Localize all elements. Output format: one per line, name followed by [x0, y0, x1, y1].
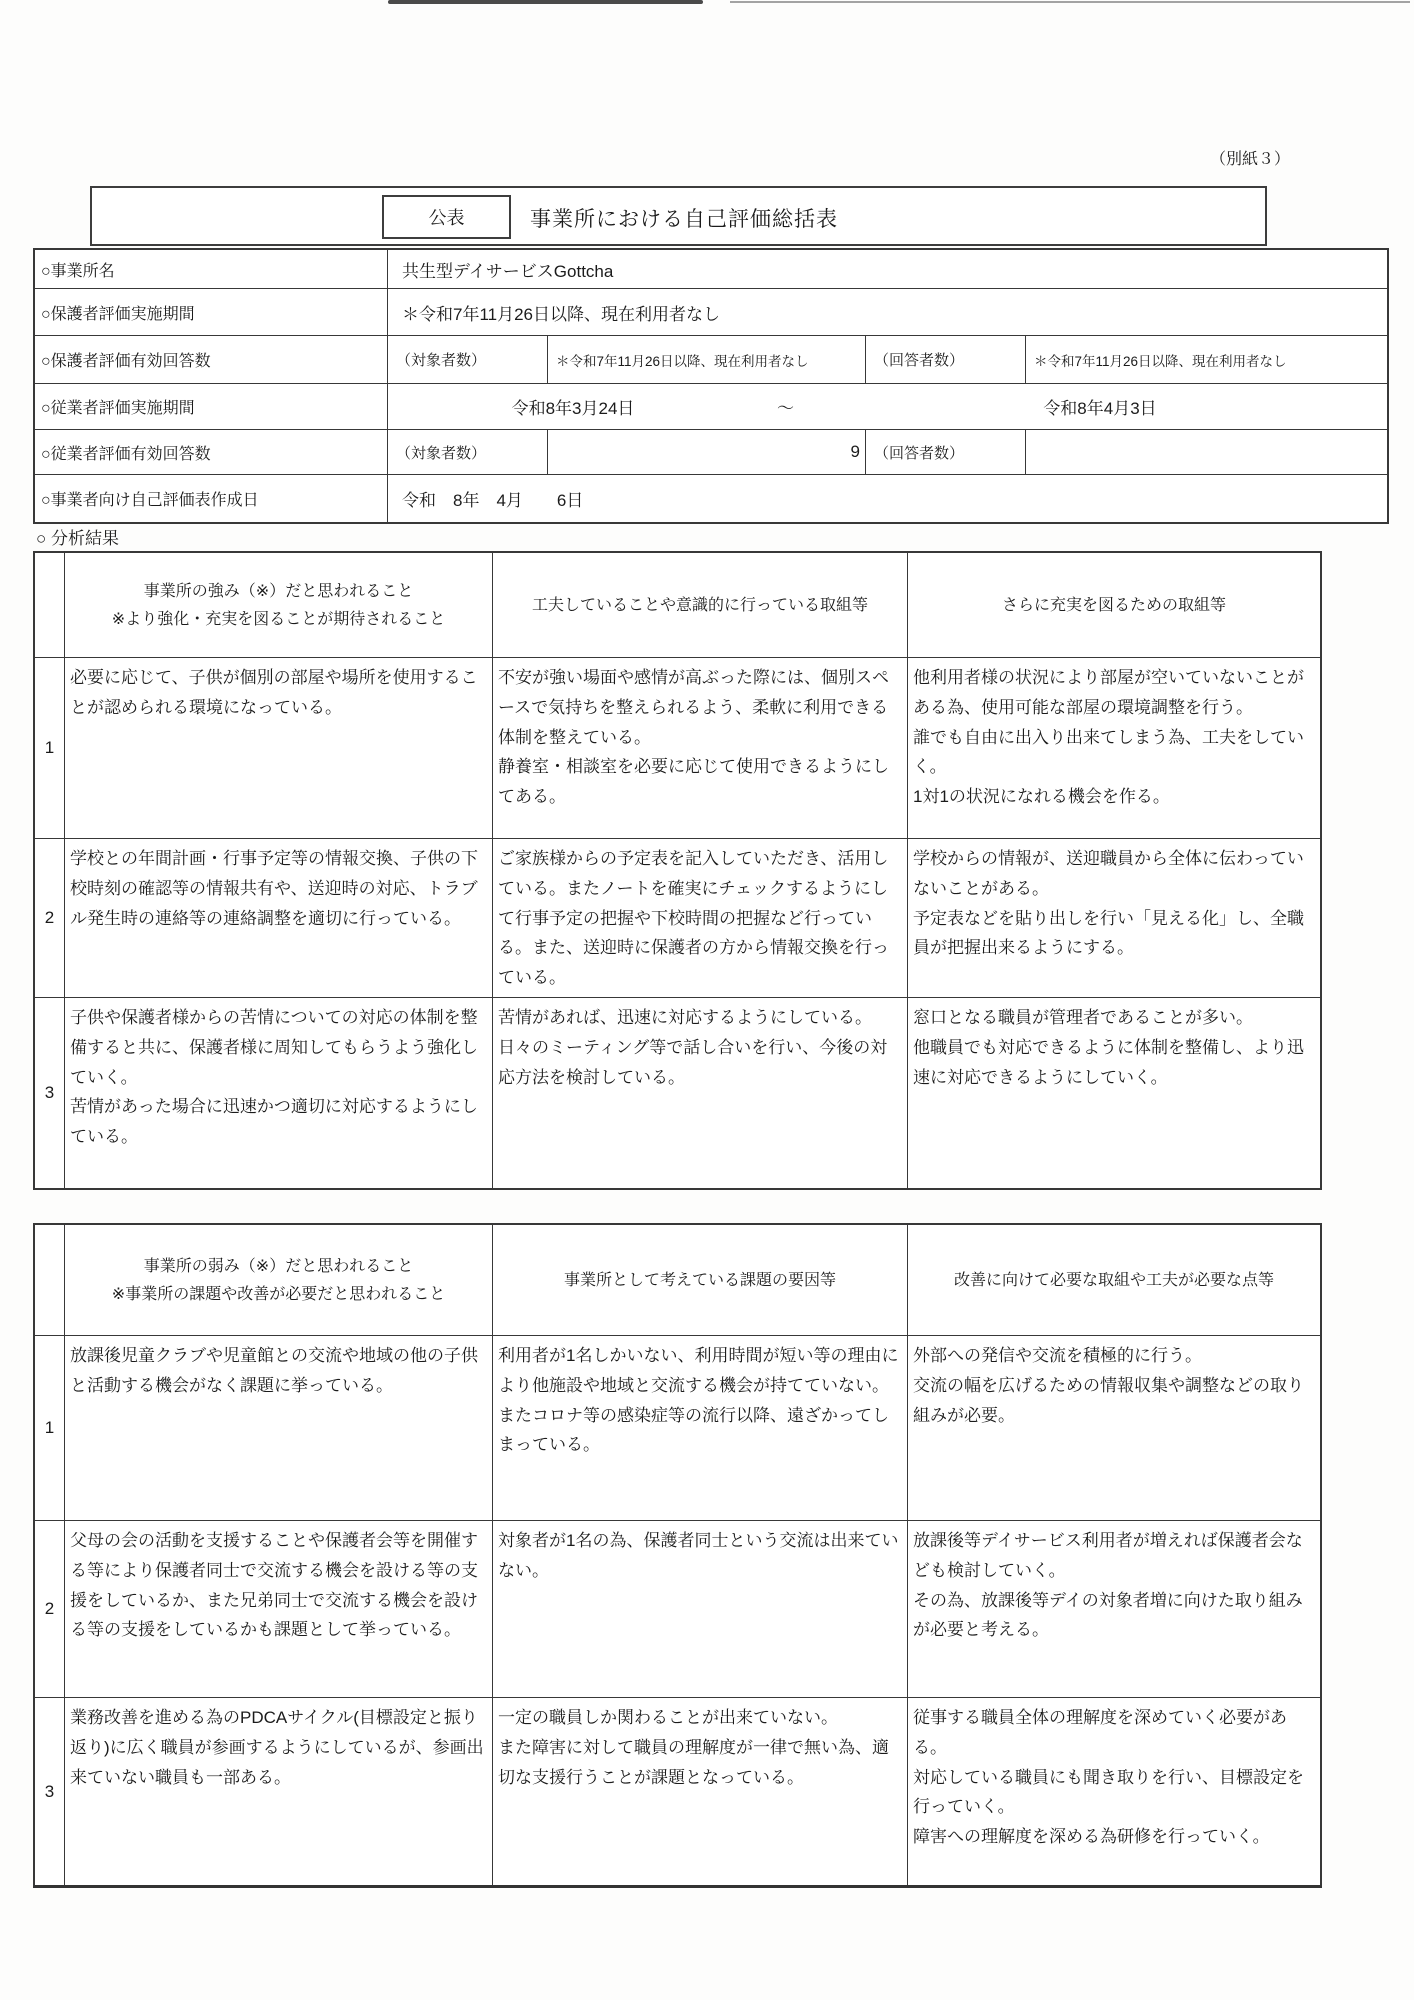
info-row-staff-eval-period: ○従業者評価実施期間 令和8年3月24日 ～ 令和8年4月3日	[35, 383, 1387, 429]
weaknesses-header-col2: 事業所として考えている課題の要因等	[492, 1225, 907, 1335]
improvement-text: 窓口となる職員が管理者であることが多い。 他職員でも対応できるように体制を整備し…	[907, 998, 1320, 1188]
respondent-count-label: （回答者数）	[865, 336, 1025, 383]
strengths-row-3: 3 子供や保護者様からの苦情についての対応の体制を整備すると共に、保護者様に周知…	[35, 997, 1320, 1188]
strengths-header-row: 事業所の強み（※）だと思われること ※より強化・充実を図ることが期待されること …	[35, 553, 1320, 657]
target-count-value: 9	[547, 430, 865, 474]
target-count-label: （対象者数）	[387, 430, 547, 474]
guardian-eval-responses-label: ○保護者評価有効回答数	[35, 336, 387, 383]
weaknesses-header-col3: 改善に向けて必要な取組や工夫が必要な点等	[907, 1225, 1320, 1335]
effort-text: ご家族様からの予定表を記入していただき、活用している。またノートを確実にチェック…	[492, 839, 907, 997]
staff-eval-responses-label: ○従業者評価有効回答数	[35, 430, 387, 474]
page-title: 事業所における自己評価総括表	[530, 203, 838, 233]
weaknesses-table: 事業所の弱み（※）だと思われること ※事業所の課題や改善が必要だと思われること …	[33, 1223, 1322, 1888]
improvement-text: 他利用者様の状況により部屋が空いていないことがある為、使用可能な部屋の環境調整を…	[907, 658, 1320, 838]
improvement-text: 従事する職員全体の理解度を深めていく必要がある。 対応している職員にも聞き取りを…	[907, 1698, 1320, 1885]
strengths-table: 事業所の強み（※）だと思われること ※より強化・充実を図ることが期待されること …	[33, 551, 1322, 1190]
target-count-label: （対象者数）	[387, 336, 547, 383]
header-number-cell	[35, 553, 64, 657]
effort-text: 不安が強い場面や感情が高ぶった際には、個別スペースで気持ちを整えられるよう、柔軟…	[492, 658, 907, 838]
strengths-row-2: 2 学校との年間計画・行事予定等の情報交換、子供の下校時刻の確認等の情報共有や、…	[35, 838, 1320, 997]
cause-text: 対象者が1名の為、保護者同士という交流は出来ていない。	[492, 1521, 907, 1697]
weakness-text: 放課後児童クラブや児童館との交流や地域の他の子供と活動する機会がなく課題に挙って…	[64, 1336, 492, 1520]
improvement-text: 放課後等デイサービス利用者が増えれば保護者会なども検討していく。 その為、放課後…	[907, 1521, 1320, 1697]
strengths-header-col3: さらに充実を図るための取組等	[907, 553, 1320, 657]
weaknesses-header-col1: 事業所の弱み（※）だと思われること ※事業所の課題や改善が必要だと思われること	[64, 1225, 492, 1335]
self-eval-date-value: 令和 8年 4月 6日	[387, 475, 1387, 522]
weakness-text: 業務改善を進める為のPDCAサイクル(目標設定と振り返り)に広く職員が参画するよ…	[64, 1698, 492, 1885]
respondent-count-value	[1025, 430, 1387, 474]
strength-text: 必要に応じて、子供が個別の部屋や場所を使用することが認められる環境になっている。	[64, 658, 492, 838]
target-count-value: ＊令和7年11月26日以降、現在利用者なし	[547, 336, 865, 383]
staff-eval-period-value: 令和8年3月24日 ～ 令和8年4月3日	[387, 384, 1387, 429]
analysis-heading: ○ 分析結果	[36, 524, 119, 549]
title-box: 公表 事業所における自己評価総括表	[90, 186, 1267, 246]
row-number: 1	[35, 658, 64, 838]
strengths-header-col2: 工夫していることや意識的に行っている取組等	[492, 553, 907, 657]
effort-text: 苦情があれば、迅速に対応するようにしている。 日々のミーティング等で話し合いを行…	[492, 998, 907, 1188]
header-number-cell	[35, 1225, 64, 1335]
guardian-eval-period-value: ＊令和7年11月26日以降、現在利用者なし	[387, 289, 1387, 335]
info-table: ○事業所名 共生型デイサービスGottcha ○保護者評価実施期間 ＊令和7年1…	[33, 248, 1389, 524]
business-name-label: ○事業所名	[35, 250, 387, 288]
period-separator: ～	[758, 384, 813, 429]
row-number: 3	[35, 998, 64, 1188]
strengths-header-col1: 事業所の強み（※）だと思われること ※より強化・充実を図ることが期待されること	[64, 553, 492, 657]
cause-text: 一定の職員しか関わることが出来ていない。 また障害に対して職員の理解度が一律で無…	[492, 1698, 907, 1885]
row-number: 2	[35, 839, 64, 997]
row-number: 1	[35, 1336, 64, 1520]
cause-text: 利用者が1名しかいない、利用時間が短い等の理由により他施設や地域と交流する機会が…	[492, 1336, 907, 1520]
period-start-date: 令和8年3月24日	[388, 384, 758, 429]
publish-stamp: 公表	[382, 195, 511, 239]
row-number: 3	[35, 1698, 64, 1885]
respondent-count-value: ＊令和7年11月26日以降、現在利用者なし	[1025, 336, 1387, 383]
info-row-business-name: ○事業所名 共生型デイサービスGottcha	[35, 250, 1387, 288]
weaknesses-row-3: 3 業務改善を進める為のPDCAサイクル(目標設定と振り返り)に広く職員が参画す…	[35, 1697, 1320, 1885]
business-name-value: 共生型デイサービスGottcha	[387, 250, 1387, 288]
row-number: 2	[35, 1521, 64, 1697]
info-row-self-eval-date: ○事業者向け自己評価表作成日 令和 8年 4月 6日	[35, 474, 1387, 522]
guardian-eval-period-label: ○保護者評価実施期間	[35, 289, 387, 335]
period-end-date: 令和8年4月3日	[813, 384, 1387, 429]
weakness-text: 父母の会の活動を支援することや保護者会等を開催する等により保護者同士で交流する機…	[64, 1521, 492, 1697]
weaknesses-header-row: 事業所の弱み（※）だと思われること ※事業所の課題や改善が必要だと思われること …	[35, 1225, 1320, 1335]
staff-eval-period-label: ○従業者評価実施期間	[35, 384, 387, 429]
improvement-text: 学校からの情報が、送迎職員から全体に伝わっていないことがある。 予定表などを貼り…	[907, 839, 1320, 997]
respondent-count-label: （回答者数）	[865, 430, 1025, 474]
info-row-guardian-eval-responses: ○保護者評価有効回答数 （対象者数） ＊令和7年11月26日以降、現在利用者なし…	[35, 335, 1387, 383]
strengths-row-1: 1 必要に応じて、子供が個別の部屋や場所を使用することが認められる環境になってい…	[35, 657, 1320, 838]
info-row-guardian-eval-period: ○保護者評価実施期間 ＊令和7年11月26日以降、現在利用者なし	[35, 288, 1387, 335]
self-eval-date-label: ○事業者向け自己評価表作成日	[35, 475, 387, 522]
scan-artifact-light	[730, 1, 1410, 3]
info-row-staff-eval-responses: ○従業者評価有効回答数 （対象者数） 9 （回答者数）	[35, 429, 1387, 474]
weaknesses-row-1: 1 放課後児童クラブや児童館との交流や地域の他の子供と活動する機会がなく課題に挙…	[35, 1335, 1320, 1520]
weaknesses-row-2: 2 父母の会の活動を支援することや保護者会等を開催する等により保護者同士で交流す…	[35, 1520, 1320, 1697]
improvement-text: 外部への発信や交流を積極的に行う。 交流の幅を広げるための情報収集や調整などの取…	[907, 1336, 1320, 1520]
staff-eval-period-range: 令和8年3月24日 ～ 令和8年4月3日	[388, 384, 1387, 429]
scanned-document-page: （別紙３） 公表 事業所における自己評価総括表 ○事業所名 共生型デイサービスG…	[0, 0, 1414, 2000]
scan-artifact-dark	[388, 0, 703, 4]
strength-text: 学校との年間計画・行事予定等の情報交換、子供の下校時刻の確認等の情報共有や、送迎…	[64, 839, 492, 997]
attachment-note: （別紙３）	[1210, 146, 1290, 169]
strength-text: 子供や保護者様からの苦情についての対応の体制を整備すると共に、保護者様に周知して…	[64, 998, 492, 1188]
